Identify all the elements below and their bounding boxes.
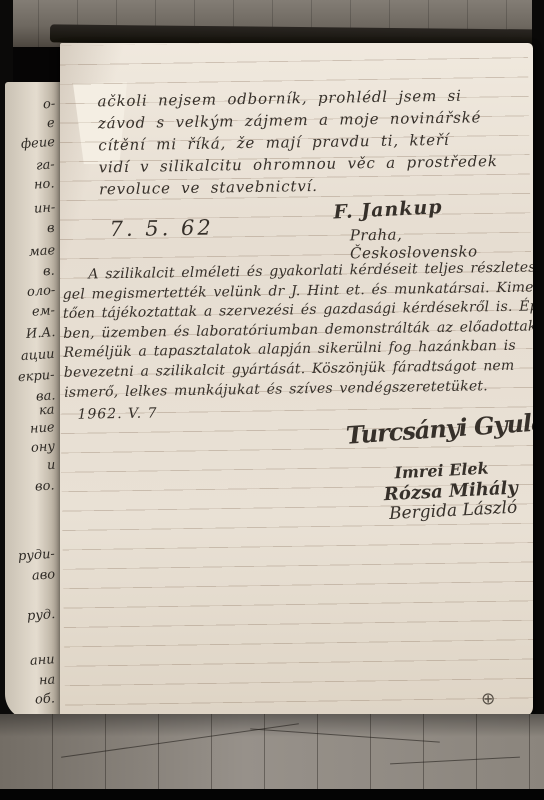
cyrillic-fragment: ин- — [33, 201, 55, 215]
cyrillic-fragment: феие — [21, 136, 56, 151]
cyrillic-fragment: аво — [31, 568, 55, 583]
czech-entry: ačkoli nejsem odborník, prohlédl jsem si… — [97, 86, 499, 202]
cyrillic-fragment: ва. — [35, 389, 55, 403]
hungarian-entry: A szilikalcit elméleti és gyakorlati kér… — [62, 260, 533, 405]
czech-entry-place: Praha, Československo — [350, 224, 532, 263]
cyrillic-fragment: о- — [42, 98, 55, 112]
czech-entry-date: 7. 5. 62 — [109, 216, 214, 242]
cyrillic-fragment: га- — [36, 158, 56, 172]
cyrillic-fragment: на — [38, 673, 55, 687]
cyrillic-fragment: екри- — [18, 369, 55, 385]
signature-flourish: Turcsányi Gyula — [345, 407, 533, 450]
photo-right-border — [532, 0, 544, 800]
cyrillic-fragment: руд. — [26, 608, 55, 623]
cyrillic-fragment: в — [47, 222, 55, 235]
cyrillic-fragment: ем- — [32, 304, 56, 319]
previous-page-edge: о- е феие га- но. ин- в мае в. оло- ем- … — [5, 82, 62, 720]
ruled-page-surface: ačkoli nejsem odborník, prohlédl jsem si… — [60, 43, 533, 717]
registration-mark-icon: ⊕ — [481, 689, 496, 709]
czech-entry-signature: F. Jankup — [333, 196, 443, 223]
cyrillic-fragment: ани — [30, 653, 56, 668]
guestbook-page: ačkoli nejsem odborník, prohlédl jsem si… — [60, 43, 533, 717]
cyrillic-fragment: оло- — [26, 284, 55, 299]
table-surface — [0, 714, 544, 790]
cyrillic-fragment: и — [46, 459, 55, 473]
cyrillic-fragment: мае — [28, 244, 55, 259]
cyrillic-fragment: ации — [21, 348, 55, 363]
cyrillic-fragment: об. — [35, 692, 56, 706]
cyrillic-fragment: ние — [30, 421, 55, 436]
photograph-of-guestbook-page: о- е феие га- но. ин- в мае в. оло- ем- … — [0, 0, 544, 800]
cyrillic-fragment: е — [47, 117, 56, 131]
cyrillic-fragment: во. — [35, 479, 55, 493]
cyrillic-fragment: И.А. — [25, 326, 55, 341]
cyrillic-fragment: ка — [39, 403, 55, 417]
photo-bottom-border — [0, 789, 544, 800]
hungarian-entry-date: 1962. V. 7 — [77, 405, 157, 422]
cyrillic-fragment: ону — [31, 440, 56, 455]
cyrillic-fragment: в. — [43, 265, 56, 279]
cyrillic-fragment: но. — [34, 177, 55, 191]
cyrillic-fragment: руди- — [18, 548, 56, 564]
